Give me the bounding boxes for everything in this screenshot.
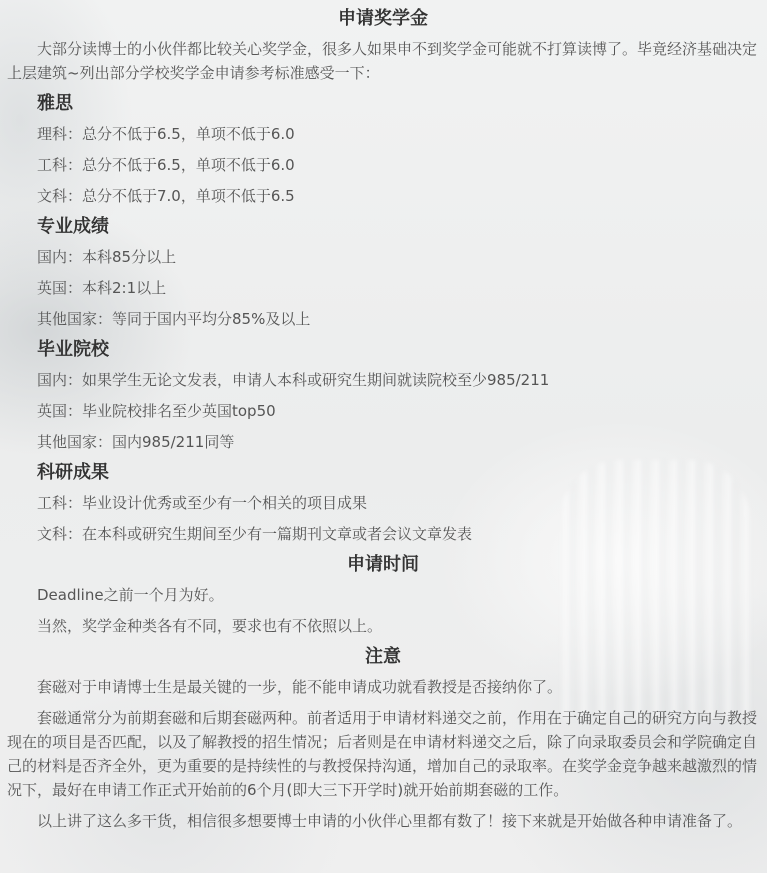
section-university: 毕业院校 国内：如果学生无论文发表，申请人本科或研究生期间就读院校至少985/2… (7, 338, 759, 454)
article-body: 申请奖学金 大部分读博士的小伙伴都比较关心奖学金，很多人如果申不到奖学金可能就不… (0, 7, 767, 833)
page-title: 申请奖学金 (7, 7, 759, 31)
list-item: 文科：总分不低于7.0，单项不低于6.5 (7, 184, 759, 208)
section-title-timing: 申请时间 (7, 553, 759, 577)
section-heading: 专业成绩 (7, 215, 759, 239)
section-heading: 科研成果 (7, 461, 759, 485)
list-item: 其他国家：国内985/211同等 (7, 430, 759, 454)
list-item: 国内：如果学生无论文发表，申请人本科或研究生期间就读院校至少985/211 (7, 368, 759, 392)
section-heading: 雅思 (7, 92, 759, 116)
section-timing: 申请时间 Deadline之前一个月为好。 当然，奖学金种类各有不同，要求也有不… (7, 553, 759, 638)
list-item: 文科：在本科或研究生期间至少有一篇期刊文章或者会议文章发表 (7, 522, 759, 546)
notice-paragraph: 套磁通常分为前期套磁和后期套磁两种。前者适用于申请材料递交之前，作用在于确定自己… (7, 706, 759, 802)
list-item: 理科：总分不低于6.5，单项不低于6.0 (7, 122, 759, 146)
section-heading: 毕业院校 (7, 338, 759, 362)
section-grades: 专业成绩 国内：本科85分以上 英国：本科2:1以上 其他国家：等同于国内平均分… (7, 215, 759, 331)
list-item: 英国：本科2:1以上 (7, 276, 759, 300)
notice-paragraph: 以上讲了这么多干货，相信很多想要博士申请的小伙伴心里都有数了！接下来就是开始做各… (7, 809, 759, 833)
list-item: 工科：毕业设计优秀或至少有一个相关的项目成果 (7, 491, 759, 515)
section-research: 科研成果 工科：毕业设计优秀或至少有一个相关的项目成果 文科：在本科或研究生期间… (7, 461, 759, 546)
list-item: 工科：总分不低于6.5，单项不低于6.0 (7, 153, 759, 177)
section-ielts: 雅思 理科：总分不低于6.5，单项不低于6.0 工科：总分不低于6.5，单项不低… (7, 92, 759, 208)
section-title-notice: 注意 (7, 645, 759, 669)
list-item: 国内：本科85分以上 (7, 245, 759, 269)
list-item: 当然，奖学金种类各有不同，要求也有不依照以上。 (7, 614, 759, 638)
section-notice: 注意 套磁对于申请博士生是最关键的一步，能不能申请成功就看教授是否接纳你了。 套… (7, 645, 759, 833)
intro-paragraph: 大部分读博士的小伙伴都比较关心奖学金，很多人如果申不到奖学金可能就不打算读博了。… (7, 37, 759, 85)
list-item: 其他国家：等同于国内平均分85%及以上 (7, 307, 759, 331)
list-item: Deadline之前一个月为好。 (7, 583, 759, 607)
notice-paragraph: 套磁对于申请博士生是最关键的一步，能不能申请成功就看教授是否接纳你了。 (7, 675, 759, 699)
list-item: 英国：毕业院校排名至少英国top50 (7, 399, 759, 423)
